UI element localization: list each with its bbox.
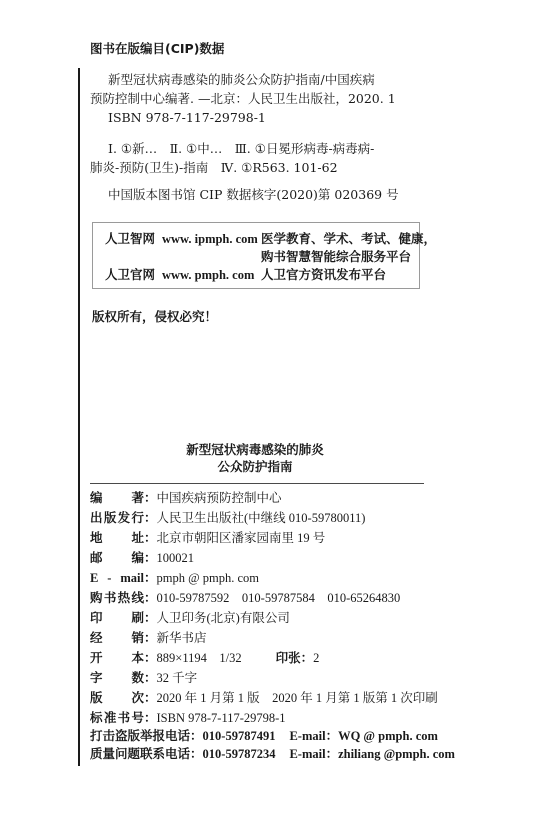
imprint-label: 开 本	[90, 650, 144, 666]
imprint-label: 字 数	[90, 670, 144, 686]
cip-line-6: 中国版本图书馆 CIP 数据核字(2020)第 020369 号	[108, 187, 399, 203]
imprint-label: 标准书号	[90, 710, 144, 726]
contact-email-label: E-mail	[289, 729, 325, 743]
website-url-pmph[interactable]: www. pmph. com	[162, 267, 254, 283]
website-desc-pmph: 人卫官方资讯发布平台	[261, 267, 386, 283]
imprint-label: 购书热线	[90, 590, 144, 606]
imprint-value: 新华书店	[157, 631, 207, 645]
imprint-row-format: 开 本：889×1194 1/32印张：2	[90, 650, 319, 666]
website-label-pmph: 人卫官网	[105, 267, 155, 283]
imprint-label: 地 址	[90, 530, 144, 546]
left-margin-rule	[78, 68, 80, 766]
copyright-notice: 版权所有，侵权必究！	[92, 309, 217, 325]
imprint-row-hotline: 购书热线：010-59787592 010-59787584 010-65264…	[90, 590, 400, 606]
imprint-label: 编 著	[90, 490, 144, 506]
colon: ：	[144, 490, 157, 505]
colon: ：	[190, 746, 203, 761]
imprint-value: ISBN 978-7-117-29798-1	[157, 711, 286, 725]
contact-phone: 010-59787234	[203, 747, 276, 761]
colon: ：	[301, 650, 314, 665]
cip-line-2: 预防控制中心编著. —北京：人民卫生出版社，2020. 1	[90, 91, 396, 107]
website-desc-ipmph-1: 医学教育、学术、考试、健康，	[261, 231, 436, 247]
print-sheets-label: 印张	[276, 650, 301, 665]
website-desc-ipmph-2: 购书智慧智能综合服务平台	[261, 249, 411, 265]
contact-row-quality: 质量问题联系电话：010-59787234E-mail：zhiliang @pm…	[90, 746, 455, 762]
colon: ：	[144, 670, 157, 685]
imprint-row-publisher: 出版发行：人民卫生出版社(中继线 010-59780011)	[90, 510, 365, 526]
cip-heading: 图书在版编目(CIP)数据	[90, 41, 224, 57]
imprint-value: 人民卫生出版社(中继线 010-59780011)	[157, 511, 366, 525]
colon: ：	[144, 590, 157, 605]
imprint-row-wordcount: 字 数：32 千字	[90, 670, 197, 686]
imprint-value: 32 千字	[157, 671, 198, 685]
print-sheets-value: 2	[313, 651, 319, 665]
imprint-label: 版 次	[90, 690, 144, 706]
contact-email-label: E-mail	[289, 747, 325, 761]
title-divider	[90, 483, 424, 484]
colon: ：	[144, 550, 157, 565]
website-url-ipmph[interactable]: www. ipmph. com	[162, 231, 258, 247]
imprint-label: 经 销	[90, 630, 144, 646]
contact-phone: 010-59787491	[203, 729, 276, 743]
imprint-row-distributor: 经 销：新华书店	[90, 630, 207, 646]
imprint-row-author: 编 著：中国疾病预防控制中心	[90, 490, 282, 506]
colon: ：	[144, 710, 157, 725]
imprint-value: 中国疾病预防控制中心	[157, 491, 282, 505]
colon: ：	[326, 728, 339, 743]
colon: ：	[144, 610, 157, 625]
colon: ：	[326, 746, 339, 761]
website-info-box: 人卫智网 www. ipmph. com 医学教育、学术、考试、健康， 购书智慧…	[92, 222, 420, 289]
imprint-label: E - mail	[90, 570, 144, 586]
imprint-row-isbn: 标准书号：ISBN 978-7-117-29798-1	[90, 710, 286, 726]
cip-line-1: 新型冠状病毒感染的肺炎公众防护指南/中国疾病	[108, 72, 375, 88]
colon: ：	[190, 728, 203, 743]
imprint-value: 人卫印务(北京)有限公司	[157, 611, 290, 625]
imprint-label: 邮 编	[90, 550, 144, 566]
contact-email[interactable]: zhiliang @pmph. com	[338, 747, 455, 761]
imprint-value: 889×1194 1/32	[157, 651, 242, 665]
cip-line-4: Ⅰ. ①新… Ⅱ. ①中… Ⅲ. ①日冕形病毒-病毒病-	[108, 141, 374, 157]
book-title-line-2: 公众防护指南	[80, 458, 430, 475]
book-title-line-1: 新型冠状病毒感染的肺炎	[80, 441, 430, 458]
colon: ：	[144, 570, 157, 585]
imprint-row-postcode: 邮 编：100021	[90, 550, 194, 566]
website-label-ipmph: 人卫智网	[105, 231, 155, 247]
colon: ：	[144, 530, 157, 545]
contact-row-piracy: 打击盗版举报电话：010-59787491E-mail：WQ @ pmph. c…	[90, 728, 438, 744]
cip-isbn: ISBN 978-7-117-29798-1	[108, 110, 266, 126]
imprint-label: 印 刷	[90, 610, 144, 626]
imprint-label: 出版发行	[90, 510, 144, 526]
imprint-row-printer: 印 刷：人卫印务(北京)有限公司	[90, 610, 290, 626]
imprint-value: 北京市朝阳区潘家园南里 19 号	[157, 531, 326, 545]
colon: ：	[144, 650, 157, 665]
cip-line-5: 肺炎-预防(卫生)-指南 Ⅳ. ①R563. 101-62	[90, 160, 338, 176]
imprint-row-email: E - mail：pmph @ pmph. com	[90, 570, 259, 586]
imprint-value: 010-59787592 010-59787584 010-65264830	[157, 591, 401, 605]
contact-label: 打击盗版举报电话	[90, 728, 190, 743]
imprint-value[interactable]: pmph @ pmph. com	[157, 571, 259, 585]
colon: ：	[144, 510, 157, 525]
contact-email[interactable]: WQ @ pmph. com	[338, 729, 438, 743]
imprint-value: 2020 年 1 月第 1 版 2020 年 1 月第 1 版第 1 次印刷	[157, 691, 438, 705]
imprint-row-edition: 版 次：2020 年 1 月第 1 版 2020 年 1 月第 1 版第 1 次…	[90, 690, 438, 706]
colon: ：	[144, 630, 157, 645]
colon: ：	[144, 690, 157, 705]
imprint-row-address: 地 址：北京市朝阳区潘家园南里 19 号	[90, 530, 325, 546]
imprint-value: 100021	[157, 551, 195, 565]
contact-label: 质量问题联系电话	[90, 746, 190, 761]
